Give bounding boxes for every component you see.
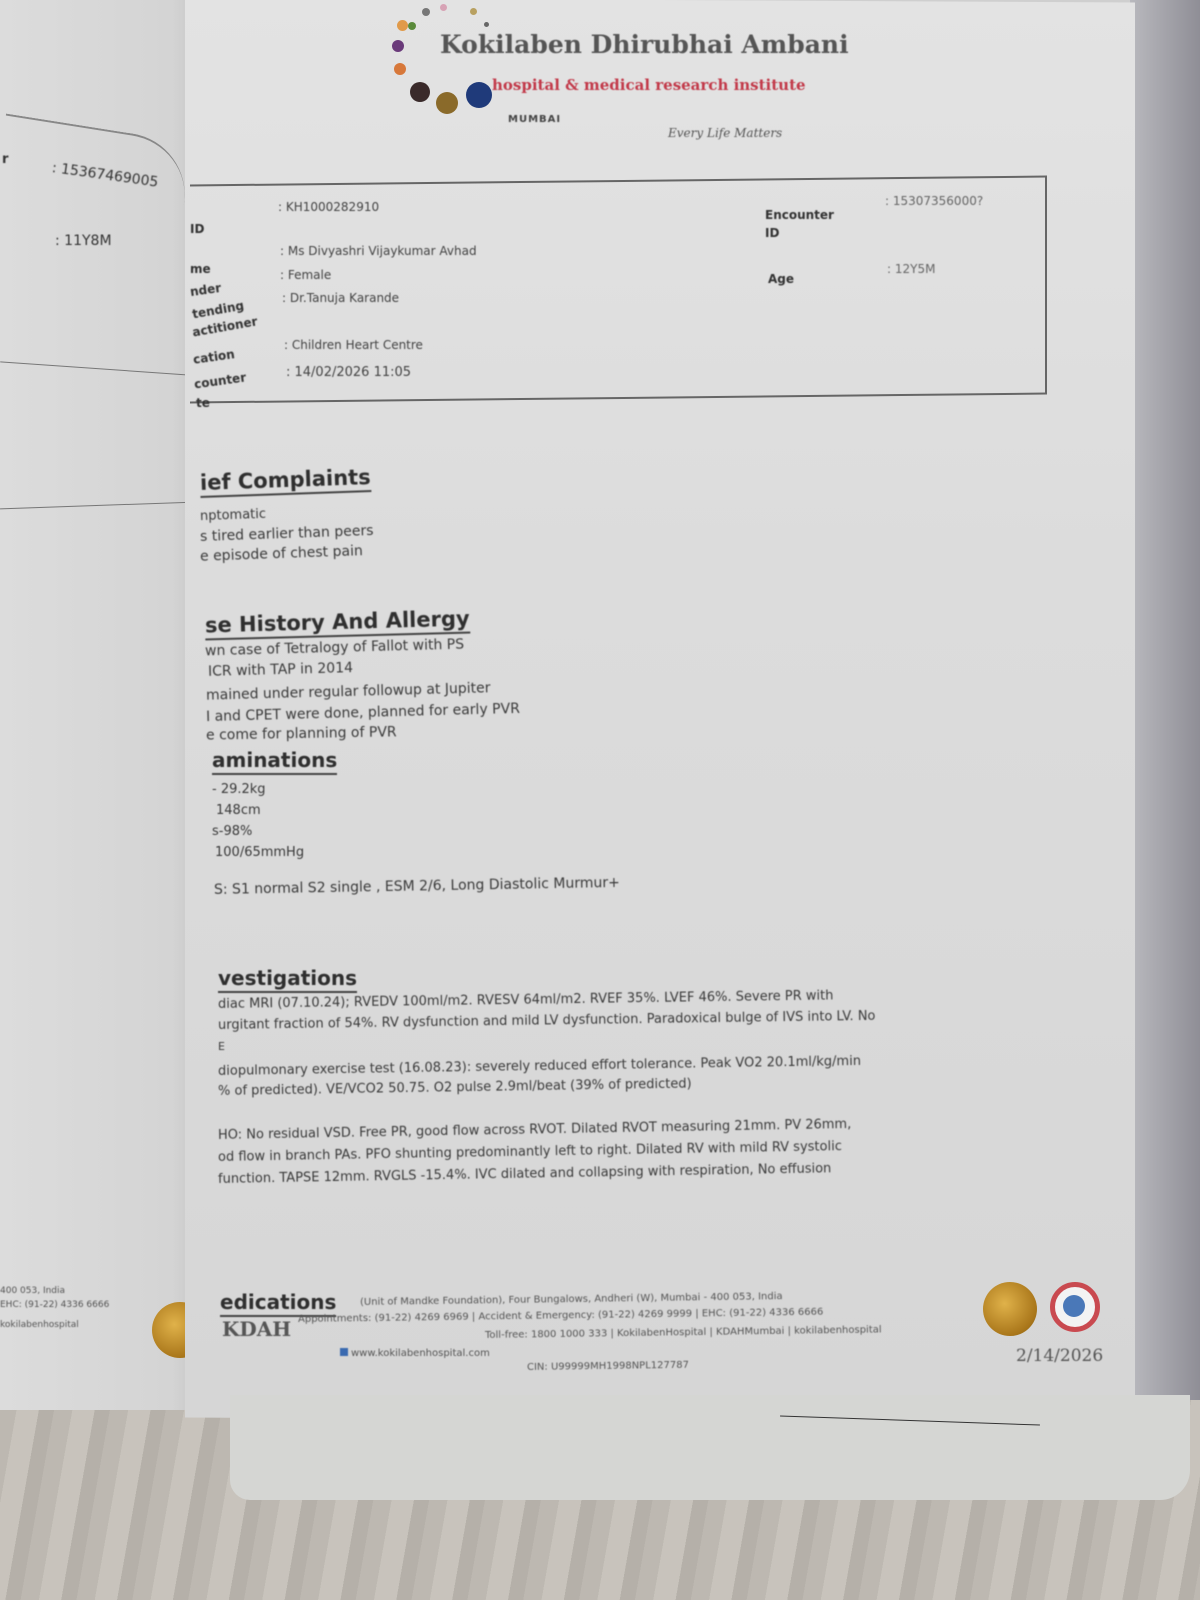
- history-line: e come for planning of PVR: [206, 724, 397, 743]
- exam-spo2: s-98%: [212, 824, 252, 839]
- left-footer-line: kokilabenhospital: [0, 1320, 79, 1330]
- examinations-heading: aminations: [212, 748, 337, 775]
- complaint-line: nptomatic: [200, 507, 267, 524]
- encounter-id-label: Encounter ID: [765, 206, 845, 242]
- hospital-name: Kokilaben Dhirubhai Ambani: [440, 30, 849, 59]
- background-edge: [1130, 0, 1200, 1400]
- mri-line: E: [218, 1040, 225, 1053]
- left-field-label: r: [2, 152, 8, 167]
- age-value: : 12Y5M: [887, 262, 935, 276]
- investigations-heading: vestigations: [218, 966, 357, 993]
- hospital-subtitle: hospital & medical research institute: [492, 76, 806, 94]
- practitioner-value: : Dr.Tanuja Karande: [282, 291, 399, 305]
- patient-name-value: : Ms Divyashri Vijaykumar Avhad: [280, 244, 477, 258]
- age-label: Age: [768, 272, 794, 286]
- field-label-name: me: [190, 262, 211, 276]
- footer-website-link[interactable]: www.kokilabenhospital.com: [340, 1348, 490, 1359]
- accreditation-seal-icon: [983, 1282, 1037, 1336]
- exam-bp: 100/65mmHg: [215, 845, 304, 860]
- encounter-id-value: : 15307356000?: [885, 194, 983, 208]
- footer-date: 2/14/2026: [1016, 1346, 1103, 1366]
- encounter-date-value: : 14/02/2026 11:05: [286, 365, 411, 380]
- exam-height: 148cm: [216, 803, 261, 818]
- left-age-value: : 11Y8M: [55, 233, 112, 249]
- left-page: r : 15367469005 : 11Y8M 400 053, India E…: [0, 0, 215, 1410]
- footer-website-text: www.kokilabenhospital.com: [351, 1348, 490, 1359]
- field-label-uhid: ID: [190, 222, 204, 236]
- gender-value: : Female: [280, 268, 331, 282]
- left-footer-line: 400 053, India: [0, 1286, 65, 1296]
- exam-weight: - 29.2kg: [212, 782, 266, 797]
- field-label-date: te: [196, 396, 210, 410]
- kdah-logo: KDAH: [222, 1317, 291, 1341]
- location-value: : Children Heart Centre: [284, 338, 423, 352]
- nabh-badge-icon: [1050, 1282, 1100, 1332]
- hospital-city: MUMBAI: [508, 114, 561, 125]
- uhid-value: : KH1000282910: [278, 200, 379, 214]
- left-footer-line: EHC: (91-22) 4336 6666: [0, 1300, 109, 1310]
- footer-cin: CIN: U99999MH1998NPL127787: [527, 1360, 689, 1373]
- hospital-tagline: Every Life Matters: [668, 126, 782, 140]
- document-page-fold: [230, 1395, 1190, 1500]
- web-icon: [340, 1348, 348, 1356]
